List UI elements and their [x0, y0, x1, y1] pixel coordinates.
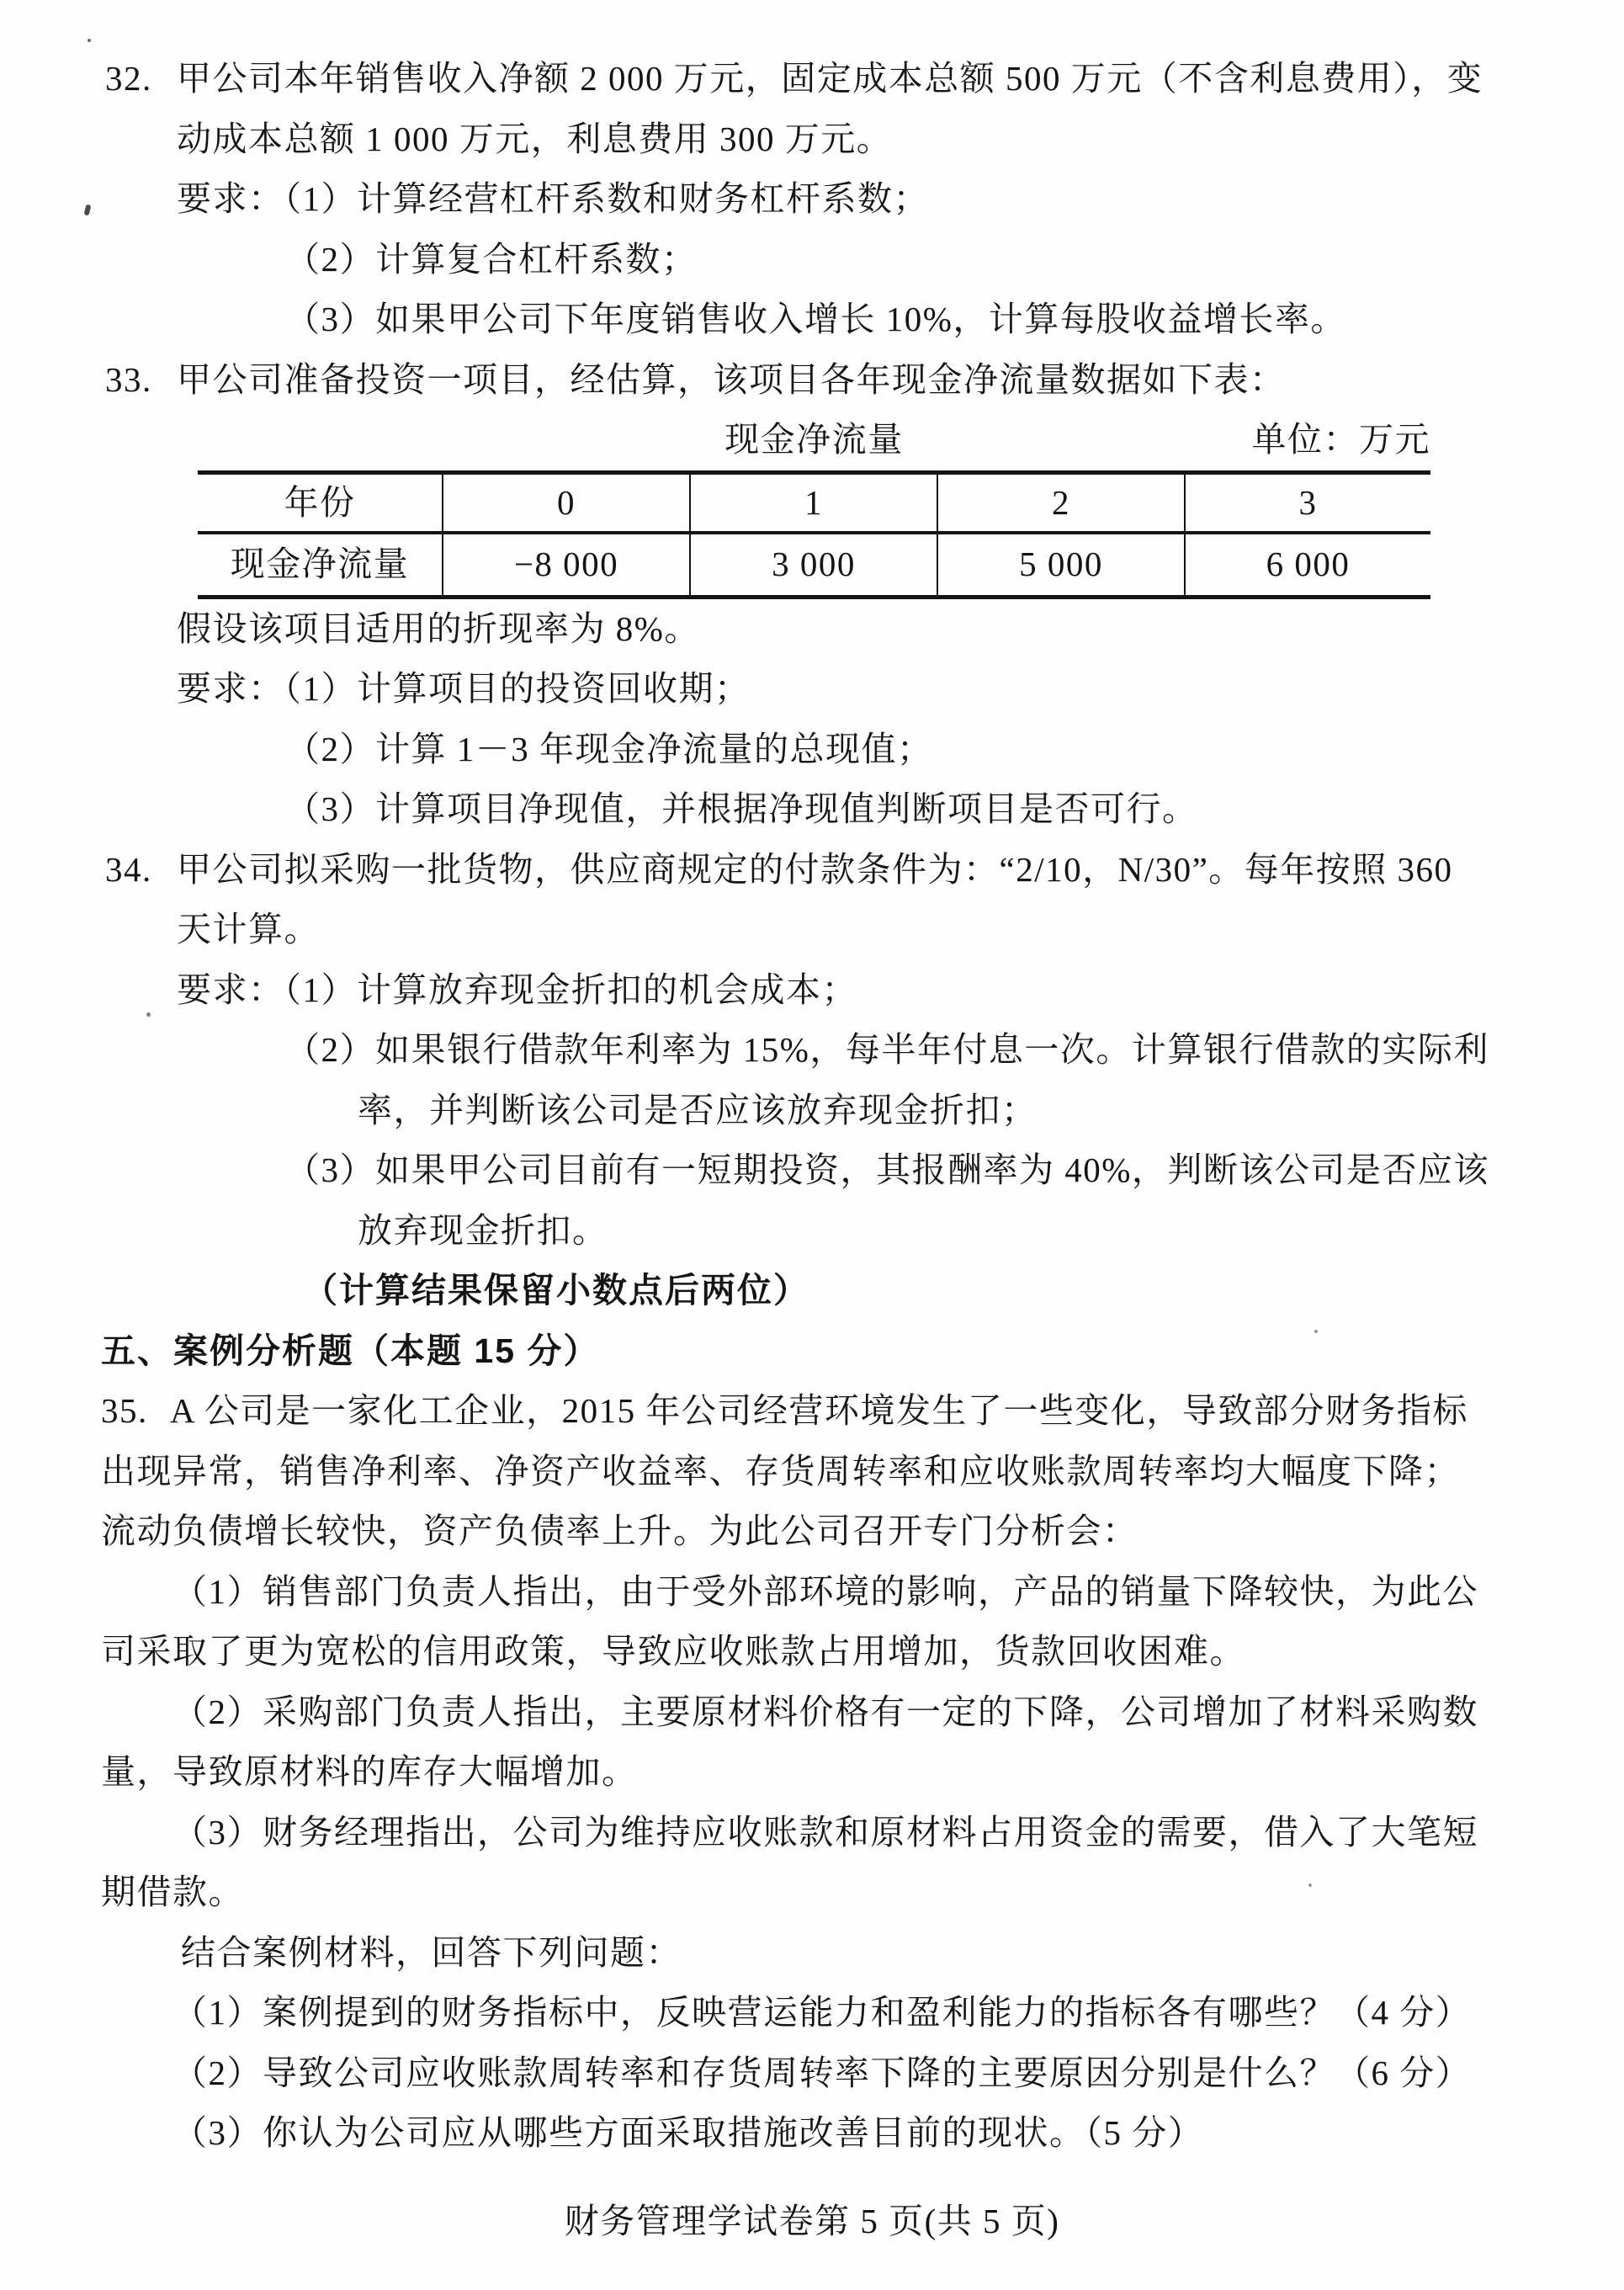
q33-text-1: 甲公司准备投资一项目，经估算，该项目各年现金净流量数据如下表： [177, 360, 1286, 399]
q34-item-3-line-1: （3）如果甲公司目前有一短期投资，其报酬率为 40%，判断该公司是否应该 [0, 1140, 1624, 1201]
table-cell: 年份 [198, 475, 442, 532]
q35-para-2-line-2: 量，导致原材料的库存大幅增加。 [0, 1742, 1624, 1803]
q33-line-1: 33.甲公司准备投资一项目，经估算，该项目各年现金净流量数据如下表： [0, 350, 1624, 411]
q35-lead-in: 结合案例材料，回答下列问题： [0, 1923, 1624, 1984]
table-cell: −8 000 [442, 534, 689, 595]
q34-line-2: 天计算。 [0, 900, 1624, 960]
q32-text-1: 甲公司本年销售收入净额 2 000 万元，固定成本总额 500 万元（不含利息费… [177, 59, 1483, 98]
scan-artifact [146, 1012, 151, 1017]
q34-requirement: 要求：（1）计算放弃现金折扣的机会成本； [0, 960, 1624, 1021]
q35-sub-question-3: （3）你认为公司应从哪些方面采取措施改善目前的现状。（5 分） [0, 2103, 1624, 2164]
exam-content: 32.甲公司本年销售收入净额 2 000 万元，固定成本总额 500 万元（不含… [0, 49, 1624, 2251]
exam-page: 32.甲公司本年销售收入净额 2 000 万元，固定成本总额 500 万元（不含… [0, 0, 1624, 2290]
q34-item-2-line-1: （2）如果银行借款年利率为 15%，每半年付息一次。计算银行借款的实际利 [0, 1020, 1624, 1081]
q35-text-1: A 公司是一家化工企业，2015 年公司经营环境发生了一些变化，导致部分财务指标 [170, 1391, 1468, 1430]
table-cell: 0 [442, 475, 689, 532]
q32-item-2: （2）计算复合杠杆系数； [0, 230, 1624, 290]
q35-para-1-line-2: 司采取了更为宽松的信用政策，导致应收账款占用增加，货款回收困难。 [0, 1622, 1624, 1682]
table-cell: 5 000 [937, 534, 1184, 595]
cashflow-table-unit-label: 单位：万元 [1252, 410, 1431, 470]
q35-sub-question-2: （2）导致公司应收账款周转率和存货周转率下降的主要原因分别是什么？（6 分） [0, 2043, 1624, 2104]
q35-line-3: 流动负债增长较快，资产负债率上升。为此公司召开专门分析会： [0, 1501, 1624, 1562]
q35-para-2-line-1: （2）采购部门负责人指出，主要原材料价格有一定的下降，公司增加了材料采购数 [0, 1682, 1624, 1743]
q35-para-1-line-1: （1）销售部门负责人指出，由于受外部环境的影响，产品的销量下降较快，为此公 [0, 1562, 1624, 1623]
q34-number: 34. [105, 840, 177, 901]
q35-number: 35. [101, 1381, 170, 1442]
q34-item-3-line-2: 放弃现金折扣。 [0, 1201, 1624, 1262]
q32-requirement: 要求：（1）计算经营杠杆系数和财务杠杆系数； [0, 169, 1624, 230]
table-cell: 3 000 [689, 534, 937, 595]
cashflow-table: 年份 0 1 2 3 现金净流量 −8 000 3 000 5 000 6 00… [198, 470, 1430, 599]
cashflow-table-title: 现金净流量 [198, 410, 1430, 470]
page-footer: 财务管理学试卷第 5 页(共 5 页) [0, 2192, 1624, 2252]
q33-item-3: （3）计算项目净现值，并根据净现值判断项目是否可行。 [0, 779, 1624, 840]
q33-number: 33. [105, 350, 177, 411]
q35-para-3-line-2: 期借款。 [0, 1862, 1624, 1923]
table-cell: 1 [689, 475, 937, 532]
q34-text-1: 甲公司拟采购一批货物，供应商规定的付款条件为：“2/10，N/30”。每年按照 … [177, 850, 1453, 889]
q35-line-1: 35.A 公司是一家化工企业，2015 年公司经营环境发生了一些变化，导致部分财… [0, 1381, 1624, 1442]
q32-number: 32. [105, 49, 177, 109]
q32-item-3: （3）如果甲公司下年度销售收入增长 10%，计算每股收益增长率。 [0, 290, 1624, 350]
q32-line-2: 动成本总额 1 000 万元，利息费用 300 万元。 [0, 109, 1624, 170]
table-cell: 3 [1184, 475, 1430, 532]
table-cell: 6 000 [1184, 534, 1430, 595]
q35-sub-question-1: （1）案例提到的财务指标中，反映营运能力和盈利能力的指标各有哪些？（4 分） [0, 1983, 1624, 2043]
scan-artifact [88, 39, 91, 42]
q33-line-2: 假设该项目适用的折现率为 8%。 [0, 599, 1624, 660]
cashflow-table-caption-row: 现金净流量 单位：万元 [198, 410, 1430, 470]
q32-line-1: 32.甲公司本年销售收入净额 2 000 万元，固定成本总额 500 万元（不含… [0, 49, 1624, 109]
q34-line-1: 34.甲公司拟采购一批货物，供应商规定的付款条件为：“2/10，N/30”。每年… [0, 840, 1624, 901]
table-cell: 2 [937, 475, 1184, 532]
table-row-years: 年份 0 1 2 3 [198, 475, 1430, 535]
q33-requirement: 要求：（1）计算项目的投资回收期； [0, 659, 1624, 720]
scan-artifact [1314, 1330, 1318, 1333]
q35-para-3-line-1: （3）财务经理指出，公司为维持应收账款和原材料占用资金的需要，借入了大笔短 [0, 1803, 1624, 1863]
table-cell: 现金净流量 [198, 534, 442, 595]
scan-artifact [1308, 1884, 1312, 1887]
section5-header: 五、案例分析题（本题 15 分） [0, 1321, 1624, 1382]
rounding-note: （计算结果保留小数点后两位） [0, 1261, 1624, 1321]
q33-item-2: （2）计算 1－3 年现金净流量的总现值； [0, 720, 1624, 780]
q35-line-2: 出现异常，销售净利率、净资产收益率、存货周转率和应收账款周转率均大幅度下降； [0, 1442, 1624, 1502]
q34-item-2-line-2: 率，并判断该公司是否应该放弃现金折扣； [0, 1081, 1624, 1141]
table-row-cashflow: 现金净流量 −8 000 3 000 5 000 6 000 [198, 534, 1430, 595]
